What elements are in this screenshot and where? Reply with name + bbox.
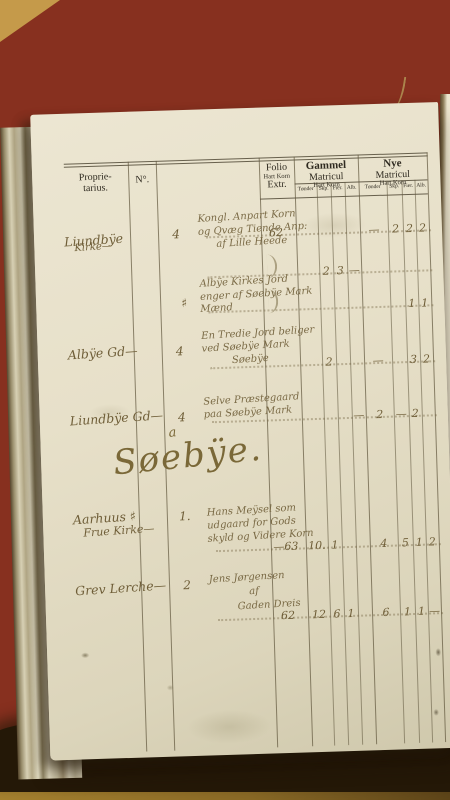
ledger-row: ♯ Albÿe Kirkes Jord enger af Søebÿe Mark… xyxy=(68,272,439,332)
nye-alb: 2 xyxy=(416,221,429,234)
gammel-skp: 2 xyxy=(322,355,336,368)
nye-fier: 2 xyxy=(403,222,416,235)
entry-number: 2 xyxy=(173,578,201,593)
entry-text-line: En Tredie Jord beliger xyxy=(201,325,315,342)
unit-alb: Alb. xyxy=(415,182,428,188)
proprietor-name: Albÿe Gd— xyxy=(67,341,168,363)
nye-fier: 2 xyxy=(409,407,422,420)
header-text: tarius. xyxy=(62,182,128,195)
ledger-row: Aarhuus ♯ Frue Kirke— 1. Hans Meÿsel som… xyxy=(75,497,446,557)
unit-alb: Alb. xyxy=(345,185,359,191)
unit-skp: Skp. xyxy=(317,185,331,191)
nye-alb: 2 xyxy=(426,535,439,548)
header-text: Extr. xyxy=(259,180,294,192)
gammel-toender: 10. xyxy=(306,539,328,553)
entry-number: 1. xyxy=(171,509,199,524)
nye-skp: — xyxy=(394,407,409,420)
entry-number: ♯ xyxy=(170,296,198,311)
nye-fier: 1 xyxy=(413,536,426,549)
nye-toender: 4 xyxy=(370,536,398,550)
gammel-fier: 1 xyxy=(344,607,358,620)
nye-toender: — xyxy=(364,354,392,368)
entry-text-line: af xyxy=(249,586,259,598)
nye-skp: 5 xyxy=(398,536,413,549)
unit-fier: Fier. xyxy=(402,183,415,189)
nye-skp: 2 xyxy=(388,222,403,235)
gammel-skp: 6 xyxy=(330,607,344,620)
nye-toender: 6 xyxy=(372,605,400,619)
gammel-toender: 12 xyxy=(308,608,330,622)
entry-text-line: Jens Jørgensen xyxy=(209,570,285,585)
gammel-skp: 1 xyxy=(328,538,342,551)
folio-value: 62 xyxy=(260,226,292,240)
photo-of-ledger-book: Proprie- tarius. N°. Folio Hart Korn Ext… xyxy=(0,0,450,800)
gammel-alb: — xyxy=(352,408,366,421)
entry-text-line: Søebÿe xyxy=(232,353,269,366)
unit-toender: Tønder xyxy=(295,186,317,193)
folio-value: —63 xyxy=(270,539,302,553)
ledger-row: Albÿe Gd— 4 En Tredie Jord beliger ved S… xyxy=(69,324,440,384)
nye-alb: 1 xyxy=(418,296,431,309)
nye-skp: 1 xyxy=(400,605,415,618)
proprietor-name: Grev Lerche— xyxy=(75,577,176,599)
ledger-page: Proprie- tarius. N°. Folio Hart Korn Ext… xyxy=(30,102,450,760)
entry-number: 4 xyxy=(168,410,196,425)
header-number: N°. xyxy=(128,175,156,186)
entry-number: 4 xyxy=(162,227,190,242)
nye-alb: — xyxy=(428,604,441,617)
unit-skp: Skp. xyxy=(387,183,402,189)
nye-fier: 3 xyxy=(407,353,420,366)
header-folio: Folio Hart Korn Extr. xyxy=(259,163,295,192)
nye-toender: 2 xyxy=(366,408,394,422)
proprietor-name: Liundbÿe Gd— xyxy=(69,407,170,429)
unit-toender: Tønder xyxy=(359,184,387,191)
nye-fier: 1 xyxy=(405,297,418,310)
ledger-row: Grev Lerche— 2 Jens Jørgensen af Gaden D… xyxy=(77,564,448,624)
header-proprietarius: Proprie- tarius. xyxy=(62,172,129,195)
header-text: N°. xyxy=(128,175,156,186)
proprietor-name-2: Kirke— xyxy=(74,241,112,254)
table-corner xyxy=(0,0,60,42)
entry-number: 4 xyxy=(165,344,193,359)
nye-toender: — xyxy=(360,223,388,237)
dotted-leader xyxy=(208,304,433,313)
nye-fier: 1 xyxy=(415,605,428,618)
unit-fier: Fier. xyxy=(331,185,345,191)
nye-alb: 2 xyxy=(420,352,433,365)
folio-value: 62 xyxy=(272,608,304,622)
heading-flourish: a xyxy=(168,425,177,441)
